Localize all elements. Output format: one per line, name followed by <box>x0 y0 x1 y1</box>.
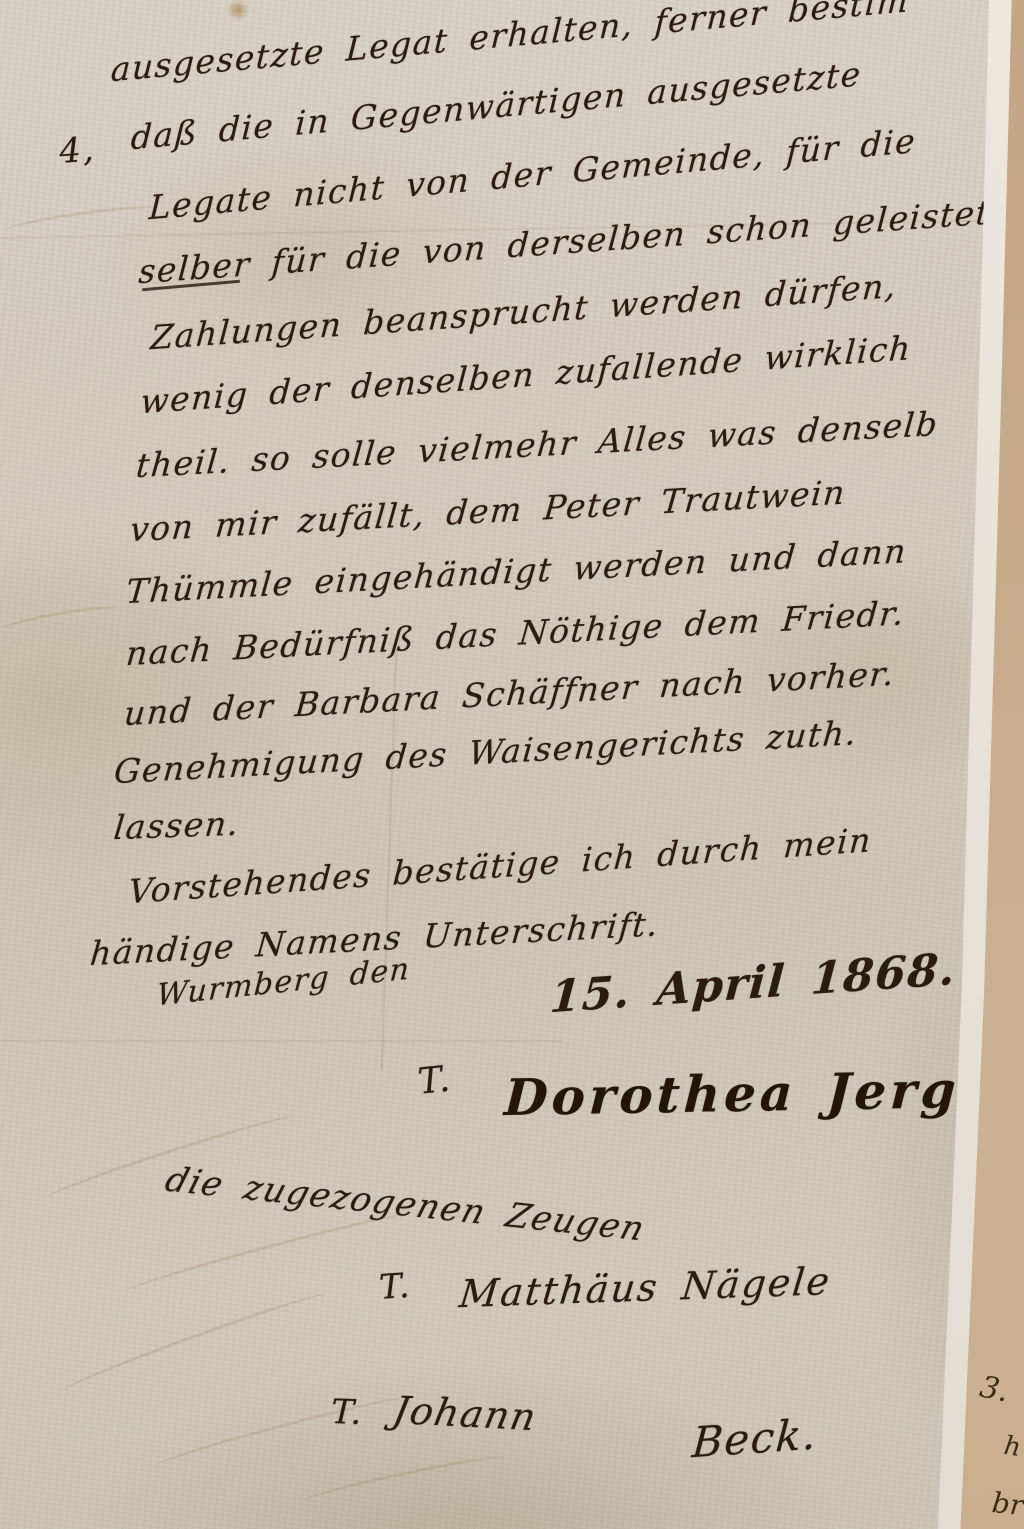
manuscript-line: Vorstehendes bestätige ich durch mein <box>127 820 873 911</box>
ink-show-through-mark <box>152 1392 407 1474</box>
signature-name: Dorothea Jerg <box>503 1060 961 1127</box>
signature-handmark: T. <box>416 1059 453 1103</box>
horizontal-crease <box>0 1040 563 1042</box>
photo-stage: 4, ausgesetzte Legat erhalten, ferner be… <box>0 0 1024 1529</box>
dateline-date: 15. April 1868. <box>548 944 958 1024</box>
witness1-signature: Matthäus Nägele <box>457 1259 833 1316</box>
ink-show-through-mark <box>6 202 157 238</box>
manuscript-line: von mir zufällt, dem Peter Trautwein <box>129 472 848 549</box>
margin-item-number: 4, <box>58 130 96 172</box>
ink-show-through-mark <box>301 1450 510 1508</box>
adjacent-page-fragment: 3. <box>977 1369 1012 1409</box>
adjacent-page-fragment: bri <box>990 1486 1024 1523</box>
adjacent-page-fragment: h <box>1002 1431 1023 1463</box>
witness2-handmark: T. <box>331 1392 364 1433</box>
witness2-signature-first: Johann <box>390 1388 541 1439</box>
witness1-handmark: T. <box>378 1266 412 1308</box>
ink-show-through-mark <box>0 602 120 638</box>
manuscript-line: lassen. <box>112 804 242 848</box>
witness-heading: die zugezogenen Zeugen <box>161 1160 650 1249</box>
witness2-signature-last: Beck. <box>691 1409 820 1467</box>
ink-show-through-mark <box>61 1288 329 1398</box>
manuscript-page: 4, ausgesetzte Legat erhalten, ferner be… <box>0 0 1024 1529</box>
